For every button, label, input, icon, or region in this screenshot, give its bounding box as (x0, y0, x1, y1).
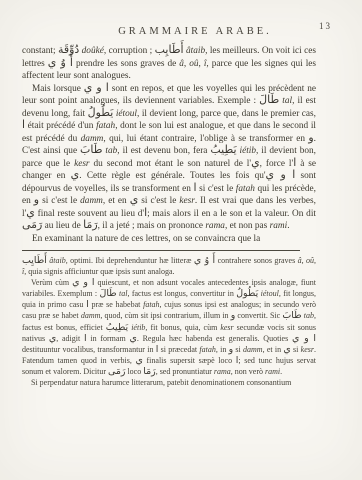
arabic-text: ا و ي (292, 333, 316, 344)
arabic-text: ي (251, 156, 260, 169)
arabic-text: طَالَ (99, 288, 116, 299)
text-run: , non verò (231, 367, 265, 376)
text-run: Mais lorsque (32, 84, 84, 94)
text-run: , quia signis afficiuntur quæ ipsis sunt… (24, 267, 174, 276)
text-run: contrahere sonos graves (215, 256, 297, 265)
text-run: , optimi. Ibi deprehenduntur hæ litteræ (66, 256, 194, 265)
text-run: , qui, lui étant contraire, l'oblige à s… (103, 134, 308, 144)
arabic-text: طَالَ (259, 93, 279, 106)
transliteration: rama (214, 367, 231, 376)
arabic-text: يَطُولُ (236, 288, 258, 299)
text-run: finalis supersit sæpè loco (143, 356, 236, 365)
arabic-text: ي (71, 168, 80, 181)
text-run: , il est devenu bon, fera (117, 146, 210, 156)
text-run: . (280, 367, 282, 376)
arabic-text: أَطَايِب (22, 255, 47, 266)
text-run: , corruption ; (104, 46, 155, 56)
arabic-text: ي (26, 206, 35, 219)
paragraph: أَطَايِب âtaib, optimi. Ibi deprehendunt… (22, 255, 316, 277)
text-run: in formam (87, 334, 130, 343)
text-run: si (233, 345, 243, 354)
transliteration: iétoul (258, 289, 279, 298)
text-run: si c'est le (39, 196, 80, 206)
text-run: si præcedat (158, 345, 199, 354)
arabic-text: دُوِّقَة (58, 43, 79, 56)
transliteration: doûké (79, 46, 104, 56)
transliteration: âtaib (184, 46, 206, 56)
text-run: ; mais alors il en a le son et la valeur… (147, 209, 316, 219)
arabic-text: طَابَ (80, 143, 102, 156)
text-run: , et non pas (225, 221, 270, 231)
text-run: , et in (263, 345, 284, 354)
arabic-text: ا و ي (84, 81, 109, 94)
paragraph: Si perpendatur natura harumce litterarum… (22, 377, 316, 388)
arabic-text: يَطِيبُ (210, 143, 236, 156)
text-run: præ se habebat (89, 300, 143, 309)
text-run: , sed pronuntiatur (156, 367, 214, 376)
transliteration: tal (117, 289, 128, 298)
main-text: constant; دُوِّقَة doûké, corruption ; أ… (22, 45, 316, 245)
arabic-text: رَمَا (83, 218, 98, 231)
transliteration: iétib (237, 146, 256, 156)
text-run: , force l' (260, 159, 294, 169)
text-run: loco (125, 367, 143, 376)
transliteration: rami (265, 367, 280, 376)
transliteration: rama (205, 221, 225, 231)
text-run: si c'est le (197, 184, 236, 194)
text-run: , (314, 256, 316, 265)
text-run: , et en (103, 196, 130, 206)
page-number: 13 (319, 21, 332, 31)
transliteration: fatah (96, 121, 115, 131)
arabic-text: ا و ي (266, 168, 296, 181)
arabic-text: رَمَى (108, 366, 125, 377)
text-run: , il devient long, parce que, dans le pr… (137, 109, 316, 119)
arabic-text: ي (283, 344, 290, 355)
text-run: , quod, cùm sit ipsi contrarium, illum i… (100, 311, 230, 320)
arabic-text: رَمَى (22, 218, 42, 231)
text-run: si c'est le (138, 196, 179, 206)
text-run: était précédé d'un (25, 121, 96, 131)
transliteration: kesr (220, 323, 233, 332)
book-page: GRAMMAIRE ARABE. 13 constant; دُوِّقَة d… (0, 0, 362, 480)
arabic-text: يَطِيبُ (106, 322, 128, 333)
running-header: GRAMMAIRE ARABE. 13 (0, 0, 362, 38)
text-run: constant; (22, 46, 58, 56)
transliteration: damm (81, 134, 104, 144)
text-run: En examinant la nature de ces lettres, o… (32, 234, 260, 244)
text-run: . (287, 221, 289, 231)
arabic-text: أَطَايِب (155, 43, 184, 56)
text-run: destituuntur vocalibus, transformantur i… (22, 345, 156, 354)
footnote-text: أَطَايِب âtaib, optimi. Ibi deprehendunt… (22, 255, 316, 388)
transliteration: oû (306, 256, 314, 265)
text-run: final reste souvent au lieu d' (35, 209, 144, 219)
transliteration: âtaib (47, 256, 66, 265)
transliteration: damm (81, 311, 101, 320)
transliteration: iétib (128, 323, 145, 332)
footnote-separator (22, 250, 300, 251)
text-run: Si perpendatur natura harumce litterarum… (31, 378, 291, 387)
text-run: , fit bonus, quia, cùm (145, 323, 220, 332)
transliteration: fatah (199, 345, 215, 354)
text-run: au lieu de (42, 221, 83, 231)
transliteration: damm (80, 196, 103, 206)
transliteration: damm (243, 345, 263, 354)
text-run: si (291, 345, 301, 354)
text-run: prendre les sons graves de (73, 59, 179, 69)
transliteration: oû (189, 59, 198, 69)
text-run: . Regula hæc habenda est generalis. Quot… (137, 334, 292, 343)
transliteration: iétoul (113, 109, 137, 119)
arabic-text: يَطُولُ (88, 106, 114, 119)
transliteration: kesr (301, 345, 314, 354)
text-run: , factus est longus, convertitur in (127, 289, 236, 298)
paragraph: Mais lorsque ا و ي sont en repos, et que… (22, 83, 316, 233)
text-run: du second mot étant le son naturel de l' (90, 159, 252, 169)
arabic-text: طَابَ (282, 310, 301, 321)
transliteration: kesr (179, 196, 195, 206)
text-run: convertit. Sic (235, 311, 282, 320)
text-run: , adigit (56, 334, 84, 343)
text-run: . Cette règle est générale. Toutes les f… (79, 171, 265, 181)
paragraph: En examinant la nature de ces lettres, o… (22, 233, 316, 246)
arabic-text: أَ وُ ي (48, 56, 73, 69)
arabic-text: ي (129, 333, 136, 344)
transliteration: kesr (74, 159, 90, 169)
text-run: , in (216, 345, 229, 354)
text-run: , il a jeté ; mais on prononce (98, 221, 206, 231)
arabic-text: رَمَا (143, 366, 155, 377)
text-run: Verùm cùm (31, 278, 72, 287)
transliteration: fatah (236, 184, 255, 194)
arabic-text: ا و ي (72, 277, 95, 288)
transliteration: rami (270, 221, 288, 231)
paragraph: constant; دُوِّقَة doûké, corruption ; أ… (22, 45, 316, 83)
arabic-text: ي (136, 355, 143, 366)
paragraph: Verùm cùm ا و ي quiescunt, et non adsunt… (22, 277, 316, 377)
transliteration: fatah (143, 300, 159, 309)
page-title: GRAMMAIRE ARABE. (118, 26, 272, 37)
transliteration: tab (302, 311, 314, 320)
transliteration: tal (279, 96, 292, 106)
arabic-text: ي (130, 193, 139, 206)
transliteration: tab (102, 146, 117, 156)
arabic-text: أَ وُ ي (194, 255, 215, 266)
